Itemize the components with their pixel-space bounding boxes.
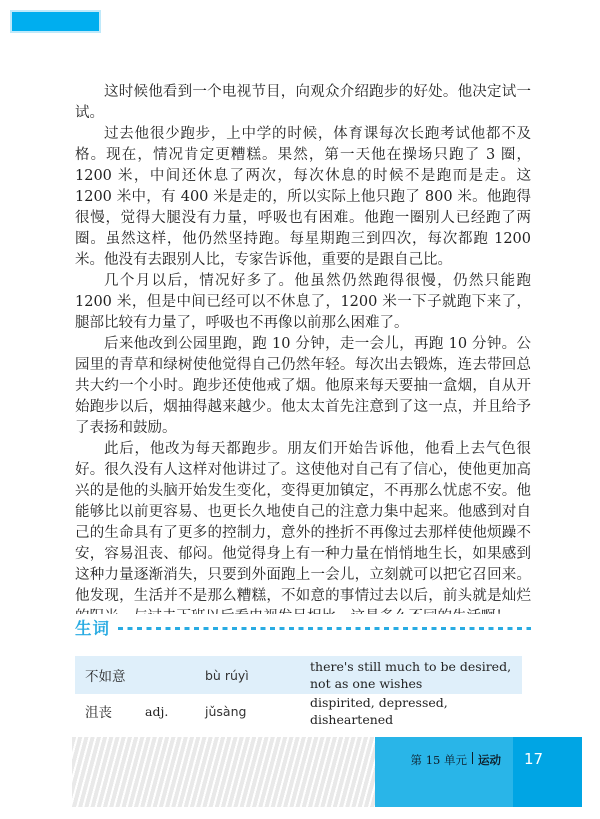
unit-topic-label: 运动 xyxy=(478,752,501,768)
body-paragraph: 过去他很少跑步，上中学的时候，体育课每次长跑考试他都不及格。现在，情况肯定更糟糕… xyxy=(75,124,531,271)
vocab-row: 沮丧 adj. jǔsàng dispirited, depressed, di… xyxy=(75,694,522,728)
body-paragraph: 此后，他改为每天都跑步。朋友们开始告诉他，他看上去气色很好。很久没有人这样对他讲… xyxy=(75,439,531,614)
vocab-pinyin: jǔsàng xyxy=(205,704,310,719)
reading-text: 这时候他看到一个电视节目，向观众介绍跑步的好处。他决定试一试。 过去他很少跑步，… xyxy=(75,82,531,614)
body-paragraph: 这时候他看到一个电视节目，向观众介绍跑步的好处。他决定试一试。 xyxy=(75,82,531,124)
page-number-box: 17 xyxy=(513,737,582,807)
textbook-page: 这时候他看到一个电视节目，向观众介绍跑步的好处。他决定试一试。 过去他很少跑步，… xyxy=(0,0,600,819)
unit-color-block xyxy=(10,10,101,33)
dashed-rule xyxy=(118,627,531,630)
vocab-word: 不如意 xyxy=(85,665,145,685)
vocab-pinyin: bù rúyì xyxy=(205,668,310,683)
page-number: 17 xyxy=(524,750,543,768)
unit-label: 第 15 单元 xyxy=(411,752,467,768)
vocab-part-of-speech: adj. xyxy=(145,704,205,719)
new-words-heading: 生词 xyxy=(75,615,110,639)
vocab-word: 沮丧 xyxy=(85,701,145,721)
vocab-meaning: there's still much to be desired, not as… xyxy=(310,658,522,692)
new-words-section-header: 生词 xyxy=(75,615,531,639)
vocab-meaning: dispirited, depressed, disheartened xyxy=(310,694,522,728)
vocab-row: 不如意 bù rúyì there's still much to be des… xyxy=(75,656,522,694)
vocab-table: 不如意 bù rúyì there's still much to be des… xyxy=(75,656,522,728)
body-paragraph: 后来他改到公园里跑，跑 10 分钟，走一会儿，再跑 10 分钟。公园里的青草和绿… xyxy=(75,334,531,439)
body-paragraph: 几个月以后，情况好多了。他虽然仍然跑得很慢，仍然只能跑 1200 米，但是中间已… xyxy=(75,271,531,334)
footer-separator xyxy=(472,752,473,764)
page-footer: 第 15 单元 运动 17 xyxy=(0,737,600,807)
footer-stripe-decoration xyxy=(72,737,375,807)
footer-unit-band: 第 15 单元 运动 xyxy=(375,737,513,807)
